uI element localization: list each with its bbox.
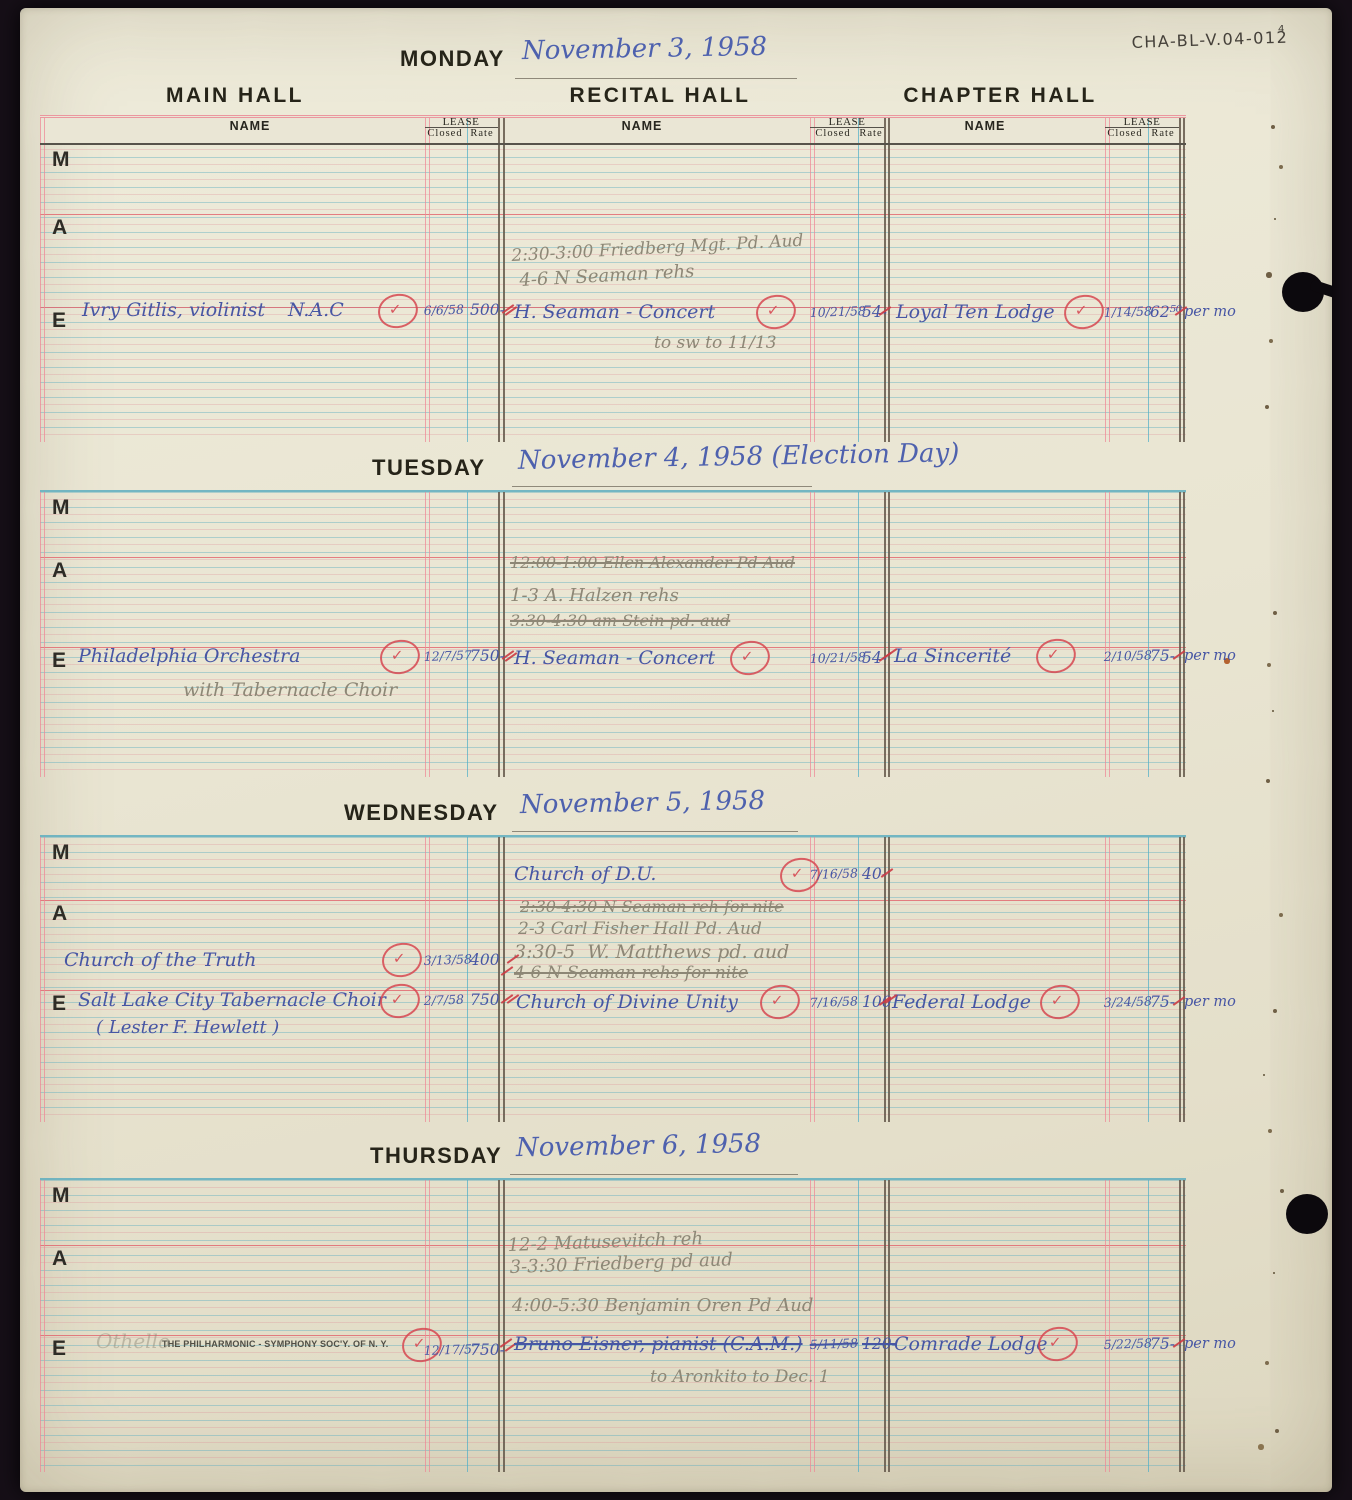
grid-vline bbox=[44, 118, 45, 143]
entry-name: 3:30-4:30 am Stein pd. aud bbox=[510, 612, 730, 630]
rate-unit: per mo bbox=[1184, 995, 1236, 1011]
grid-vline bbox=[858, 1180, 859, 1472]
entry-note: ( Lester F. Hewlett ) bbox=[96, 1018, 279, 1038]
grid-vline bbox=[44, 492, 45, 777]
grid-vline bbox=[858, 837, 859, 1122]
grid-vline bbox=[467, 837, 468, 1122]
check-icon: ✓ bbox=[791, 864, 804, 882]
closed-date: 2/7/58 bbox=[424, 993, 465, 1008]
grid-vline bbox=[1148, 492, 1149, 777]
entry-name: Ivry Gitlis, violinist bbox=[82, 300, 265, 321]
hall-title: CHAPTER HALL bbox=[903, 84, 1096, 108]
day-date: November 4, 1958 (Election Day) bbox=[518, 438, 960, 476]
row-band-label: E bbox=[52, 649, 66, 673]
closed-date: 7/16/58 bbox=[810, 866, 859, 881]
check-icon: ✓ bbox=[1047, 645, 1060, 663]
rate-value: 500- bbox=[470, 302, 505, 319]
grid-vline bbox=[1109, 492, 1110, 777]
day-label: TUESDAY bbox=[372, 455, 486, 481]
hole-punch bbox=[1282, 272, 1324, 312]
entry-name: Federal Lodge bbox=[892, 992, 1031, 1013]
rate-value: 120- bbox=[862, 1336, 897, 1353]
check-icon: ✓ bbox=[1051, 991, 1064, 1009]
day-date: November 3, 1958 bbox=[522, 32, 768, 66]
grid-vline bbox=[888, 142, 890, 442]
date-underline bbox=[515, 78, 797, 79]
grid-vline bbox=[1105, 118, 1106, 143]
grid-vline bbox=[1183, 492, 1185, 777]
grid-vline bbox=[498, 492, 500, 777]
check-icon: ✓ bbox=[767, 301, 780, 319]
grid-vline bbox=[503, 837, 505, 1122]
check-icon: ✓ bbox=[393, 949, 406, 967]
grid-vline bbox=[1105, 1180, 1106, 1472]
column-header-closed: Closed bbox=[815, 128, 850, 139]
day-date: November 6, 1958 bbox=[516, 1129, 762, 1163]
grid-vline bbox=[888, 118, 890, 143]
grid-vline bbox=[858, 142, 859, 442]
grid-vline bbox=[1179, 118, 1181, 143]
check-icon: ✓ bbox=[771, 991, 784, 1009]
entry-name: Church of Divine Unity bbox=[516, 992, 738, 1013]
entry-name: 3:30-5 W. Matthews pd. aud bbox=[514, 942, 789, 963]
grid-vline bbox=[1179, 492, 1181, 777]
grid-vline bbox=[467, 142, 468, 442]
grid-vline bbox=[814, 492, 815, 777]
entry-name: Bruno Eisner, pianist (C.A.M.) bbox=[514, 1334, 803, 1355]
stain-speckles bbox=[20, 8, 22, 10]
grid-vline bbox=[884, 118, 886, 143]
entry-name: Salt Lake City Tabernacle Choir bbox=[78, 990, 386, 1011]
grid-vline bbox=[1109, 1180, 1110, 1472]
grid-vline bbox=[429, 1180, 430, 1472]
grid-vline bbox=[467, 1180, 468, 1472]
closed-date: 10/21/58 bbox=[810, 650, 867, 666]
grid-vline bbox=[503, 1180, 505, 1472]
grid-vline bbox=[1183, 837, 1185, 1122]
grid-vline bbox=[498, 1180, 500, 1472]
entry-name: H. Seaman - Concert bbox=[514, 648, 715, 669]
grid-vline bbox=[1179, 837, 1181, 1122]
rate-value: 750- bbox=[470, 1342, 505, 1359]
date-underline bbox=[510, 1174, 798, 1175]
grid-vline bbox=[503, 492, 505, 777]
rate-unit: per mo bbox=[1184, 1337, 1236, 1353]
rate-value: 750- bbox=[470, 648, 505, 665]
entry-name: La Sincerité bbox=[894, 646, 1011, 667]
rate-value: 75- bbox=[1150, 994, 1175, 1011]
column-header-rate: Rate bbox=[470, 128, 493, 139]
grid-vline bbox=[1105, 837, 1106, 1122]
entry-note: N.A.C bbox=[288, 300, 344, 321]
grid-vline bbox=[425, 1180, 426, 1472]
check-icon: ✓ bbox=[389, 300, 402, 318]
grid-vline bbox=[1109, 837, 1110, 1122]
grid-vline bbox=[503, 118, 505, 143]
closed-date: 12/7/57 bbox=[424, 648, 473, 663]
table-header-row bbox=[40, 115, 1186, 145]
grid-vline bbox=[429, 142, 430, 442]
grid-vline bbox=[884, 1180, 886, 1472]
entry-name: Church of the Truth bbox=[64, 950, 257, 971]
grid-vline bbox=[1179, 142, 1181, 442]
entry-note: to sw to 11/13 bbox=[654, 334, 777, 353]
day-label: THURSDAY bbox=[370, 1143, 502, 1169]
lease-divider-line bbox=[810, 127, 884, 128]
row-band-label: E bbox=[52, 309, 66, 333]
check-icon: ✓ bbox=[391, 646, 404, 664]
column-header-name: NAME bbox=[965, 119, 1006, 133]
hall-title: RECITAL HALL bbox=[570, 84, 751, 108]
check-icon: ✓ bbox=[391, 990, 404, 1008]
grid-vline bbox=[498, 118, 500, 143]
band-rule-line bbox=[40, 214, 1186, 215]
closed-date: 1/14/58 bbox=[1104, 304, 1153, 319]
closed-date: 3/13/58 bbox=[424, 952, 473, 967]
grid-vline bbox=[425, 837, 426, 1122]
grid-vline bbox=[40, 118, 41, 143]
entry-name: 4:00-5:30 Benjamin Oren Pd Aud bbox=[512, 1296, 813, 1316]
column-header-name: NAME bbox=[230, 119, 271, 133]
grid-vline bbox=[498, 837, 500, 1122]
grid-vline bbox=[888, 837, 890, 1122]
entry-name: 1-3 A. Halzen rehs bbox=[510, 586, 679, 606]
closed-date: 3/24/58 bbox=[1104, 994, 1153, 1009]
grid-vline bbox=[1183, 118, 1185, 143]
grid-vline bbox=[44, 142, 45, 442]
closed-date: 2/10/58 bbox=[1104, 648, 1153, 663]
date-underline bbox=[512, 831, 798, 832]
ledger-grid bbox=[40, 490, 1186, 777]
entry-name: 4-6 N Seaman rehs for nite bbox=[514, 964, 748, 983]
entry-name: Church of D.U. bbox=[514, 864, 656, 885]
grid-vline bbox=[810, 118, 811, 143]
rate-value: 75- bbox=[1150, 648, 1175, 665]
grid-vline bbox=[810, 492, 811, 777]
entry-note: with Tabernacle Choir bbox=[183, 680, 397, 701]
entry-name: THE PHILHARMONIC - SYMPHONY SOC'Y. OF N.… bbox=[162, 1340, 388, 1350]
closed-date: 5/22/58 bbox=[1104, 1336, 1153, 1351]
date-underline bbox=[512, 486, 812, 487]
grid-vline bbox=[884, 142, 886, 442]
column-header-closed: Closed bbox=[1107, 128, 1142, 139]
grid-vline bbox=[888, 492, 890, 777]
row-band-label: M bbox=[52, 496, 70, 520]
grid-vline bbox=[1179, 1180, 1181, 1472]
row-band-label: M bbox=[52, 841, 70, 865]
grid-vline bbox=[1109, 142, 1110, 442]
grid-vline bbox=[1148, 837, 1149, 1122]
lease-divider-line bbox=[1105, 127, 1179, 128]
grid-vline bbox=[498, 142, 500, 442]
entry-name: Comrade Lodge bbox=[894, 1334, 1047, 1355]
grid-vline bbox=[858, 492, 859, 777]
grid-vline bbox=[40, 1180, 41, 1472]
lease-divider-line bbox=[425, 127, 498, 128]
grid-vline bbox=[814, 1180, 815, 1472]
grid-vline bbox=[888, 1180, 890, 1472]
rate-value: 75- bbox=[1150, 1336, 1175, 1353]
entry-note: to Aronkito to Dec. 1 bbox=[650, 1368, 830, 1387]
closed-date: 5/11/58 bbox=[810, 1336, 859, 1351]
row-band-label: M bbox=[52, 1184, 70, 1208]
grid-vline bbox=[425, 118, 426, 143]
grid-vline bbox=[814, 142, 815, 442]
entry-name: 2-3 Carl Fisher Hall Pd. Aud bbox=[518, 920, 762, 939]
row-band-label: A bbox=[52, 559, 67, 583]
grid-vline bbox=[44, 837, 45, 1122]
grid-vline bbox=[1148, 142, 1149, 442]
row-band-label: E bbox=[52, 992, 66, 1016]
grid-vline bbox=[1105, 142, 1106, 442]
check-icon: ✓ bbox=[1049, 1333, 1062, 1351]
rate-unit: per mo bbox=[1184, 305, 1236, 321]
grid-vline bbox=[1183, 1180, 1185, 1472]
closed-date: 7/16/58 bbox=[810, 994, 859, 1009]
entry-name: H. Seaman - Concert bbox=[514, 302, 715, 323]
grid-vline bbox=[40, 837, 41, 1122]
grid-vline bbox=[44, 1180, 45, 1472]
row-band-label: M bbox=[52, 148, 70, 172]
check-icon: ✓ bbox=[741, 647, 754, 665]
day-label: WEDNESDAY bbox=[344, 800, 499, 826]
day-label: MONDAY bbox=[400, 46, 505, 72]
column-header-closed: Closed bbox=[427, 128, 462, 139]
entry-name: 12:00-1:00 Ellen Alexander Pd Aud bbox=[510, 554, 795, 572]
hall-title: MAIN HALL bbox=[166, 84, 304, 108]
entry-name: Philadelphia Orchestra bbox=[78, 646, 300, 667]
grid-vline bbox=[1183, 142, 1185, 442]
grid-vline bbox=[810, 142, 811, 442]
catalog-superscript: 4 bbox=[1278, 24, 1284, 35]
row-band-label: A bbox=[52, 216, 67, 240]
grid-vline bbox=[425, 492, 426, 777]
grid-vline bbox=[467, 492, 468, 777]
entry-name: 2:30-4:30 N Seaman reh for nite bbox=[520, 898, 784, 916]
column-header-rate: Rate bbox=[1151, 128, 1174, 139]
row-band-label: A bbox=[52, 1247, 67, 1271]
grid-vline bbox=[1105, 492, 1106, 777]
grid-vline bbox=[40, 492, 41, 777]
column-header-rate: Rate bbox=[859, 128, 882, 139]
column-header-name: NAME bbox=[622, 119, 663, 133]
grid-vline bbox=[884, 492, 886, 777]
grid-vline bbox=[40, 142, 41, 442]
grid-vline bbox=[429, 837, 430, 1122]
grid-vline bbox=[429, 492, 430, 777]
ledger-page: CHA-BL-V.04-012 4 MAEMAEMAEMAENAMENAMENA… bbox=[20, 8, 1332, 1492]
grid-vline bbox=[503, 142, 505, 442]
closed-date: 6/6/58 bbox=[424, 303, 465, 318]
catalog-number: CHA-BL-V.04-012 bbox=[1131, 29, 1288, 52]
rate-value: 400 bbox=[470, 952, 500, 969]
ledger-grid bbox=[40, 1178, 1186, 1472]
row-band-label: E bbox=[52, 1337, 66, 1361]
hole-punch bbox=[1286, 1194, 1328, 1234]
rate-value: 750 bbox=[470, 992, 500, 1009]
grid-vline bbox=[810, 1180, 811, 1472]
entry-name: Loyal Ten Lodge bbox=[896, 302, 1055, 323]
rate-unit: per mo bbox=[1184, 649, 1236, 665]
grid-vline bbox=[425, 142, 426, 442]
ledger-grid bbox=[40, 140, 1186, 442]
day-date: November 5, 1958 bbox=[520, 786, 766, 820]
row-band-label: A bbox=[52, 902, 67, 926]
entry-name: Othello bbox=[96, 1330, 170, 1352]
grid-vline bbox=[1148, 1180, 1149, 1472]
closed-date: 10/21/58 bbox=[810, 304, 867, 320]
check-icon: ✓ bbox=[1075, 301, 1088, 319]
